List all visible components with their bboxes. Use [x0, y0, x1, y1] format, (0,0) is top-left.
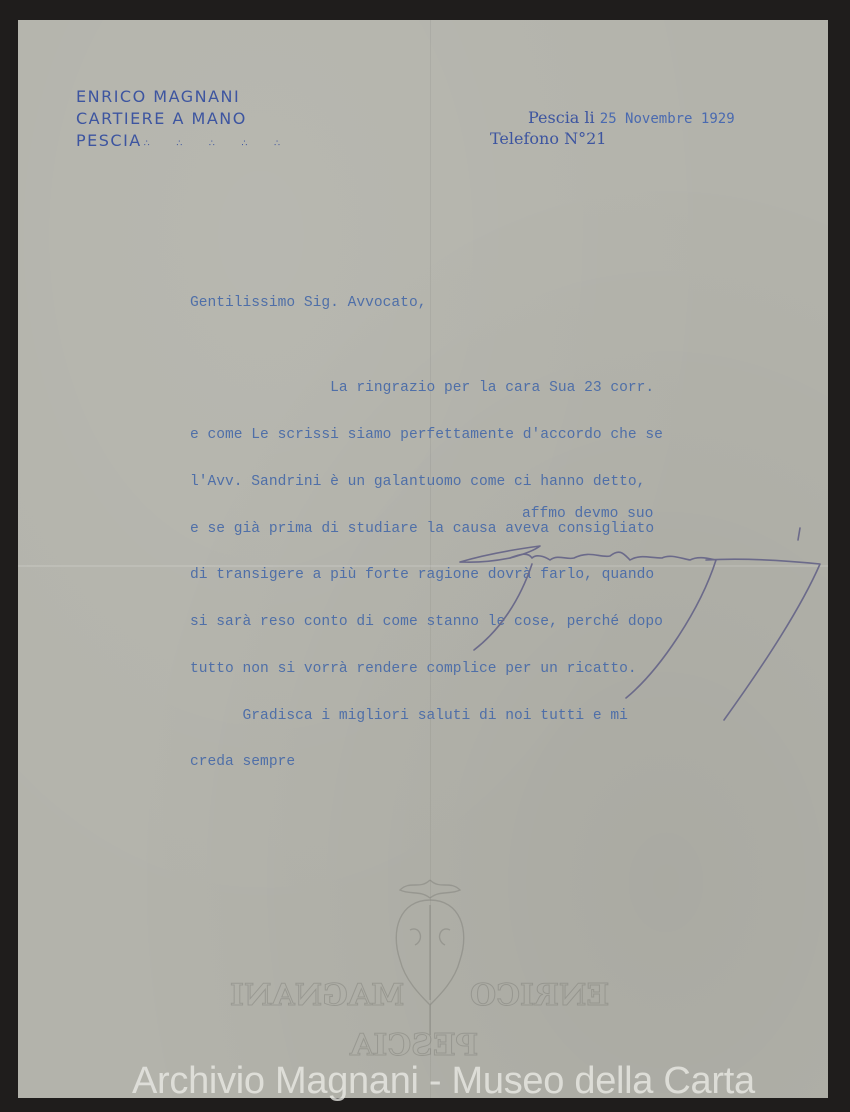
ornament-dots: ∴ ∴ ∴ ∴ ∴: [144, 139, 292, 149]
date-row: Pescia li 25 Novembre 1929: [490, 108, 735, 129]
date-typed: 25 Novembre 1929: [600, 111, 735, 127]
body-line: creda sempre: [190, 755, 663, 771]
watermark-left-word: ENRICO: [470, 978, 609, 1013]
crest-icon: [370, 870, 490, 1040]
letterhead-city: PESCIA∴ ∴ ∴ ∴ ∴: [76, 130, 292, 155]
salutation: Gentilissimo Sig. Avvocato,: [190, 296, 426, 312]
body-line: La ringrazio per la cara Sua 23 corr.: [190, 381, 663, 397]
body-line: l'Avv. Sandrini è un galantuomo come ci …: [190, 475, 663, 491]
watermark-right-word: MAGNANI: [230, 978, 404, 1013]
body-line: e come Le scrissi siamo perfettamente d'…: [190, 428, 663, 444]
letterhead-name: ENRICO MAGNANI: [76, 86, 292, 108]
watermark-city: PESCIA: [350, 1028, 478, 1063]
phone-line: Telefono N°21: [490, 129, 735, 149]
letterhead: ENRICO MAGNANI CARTIERE A MANO PESCIA∴ ∴…: [76, 86, 292, 155]
letterhead-business: CARTIERE A MANO: [76, 108, 292, 130]
archive-caption: Archivio Magnani - Museo della Carta: [132, 1060, 850, 1103]
signature-icon: [440, 520, 840, 730]
watermark: ENRICO MAGNANI PESCIA: [220, 870, 640, 1070]
dateline: Pescia li 25 Novembre 1929 Telefono N°21: [490, 108, 735, 149]
place-prefix: Pescia li: [528, 108, 595, 127]
